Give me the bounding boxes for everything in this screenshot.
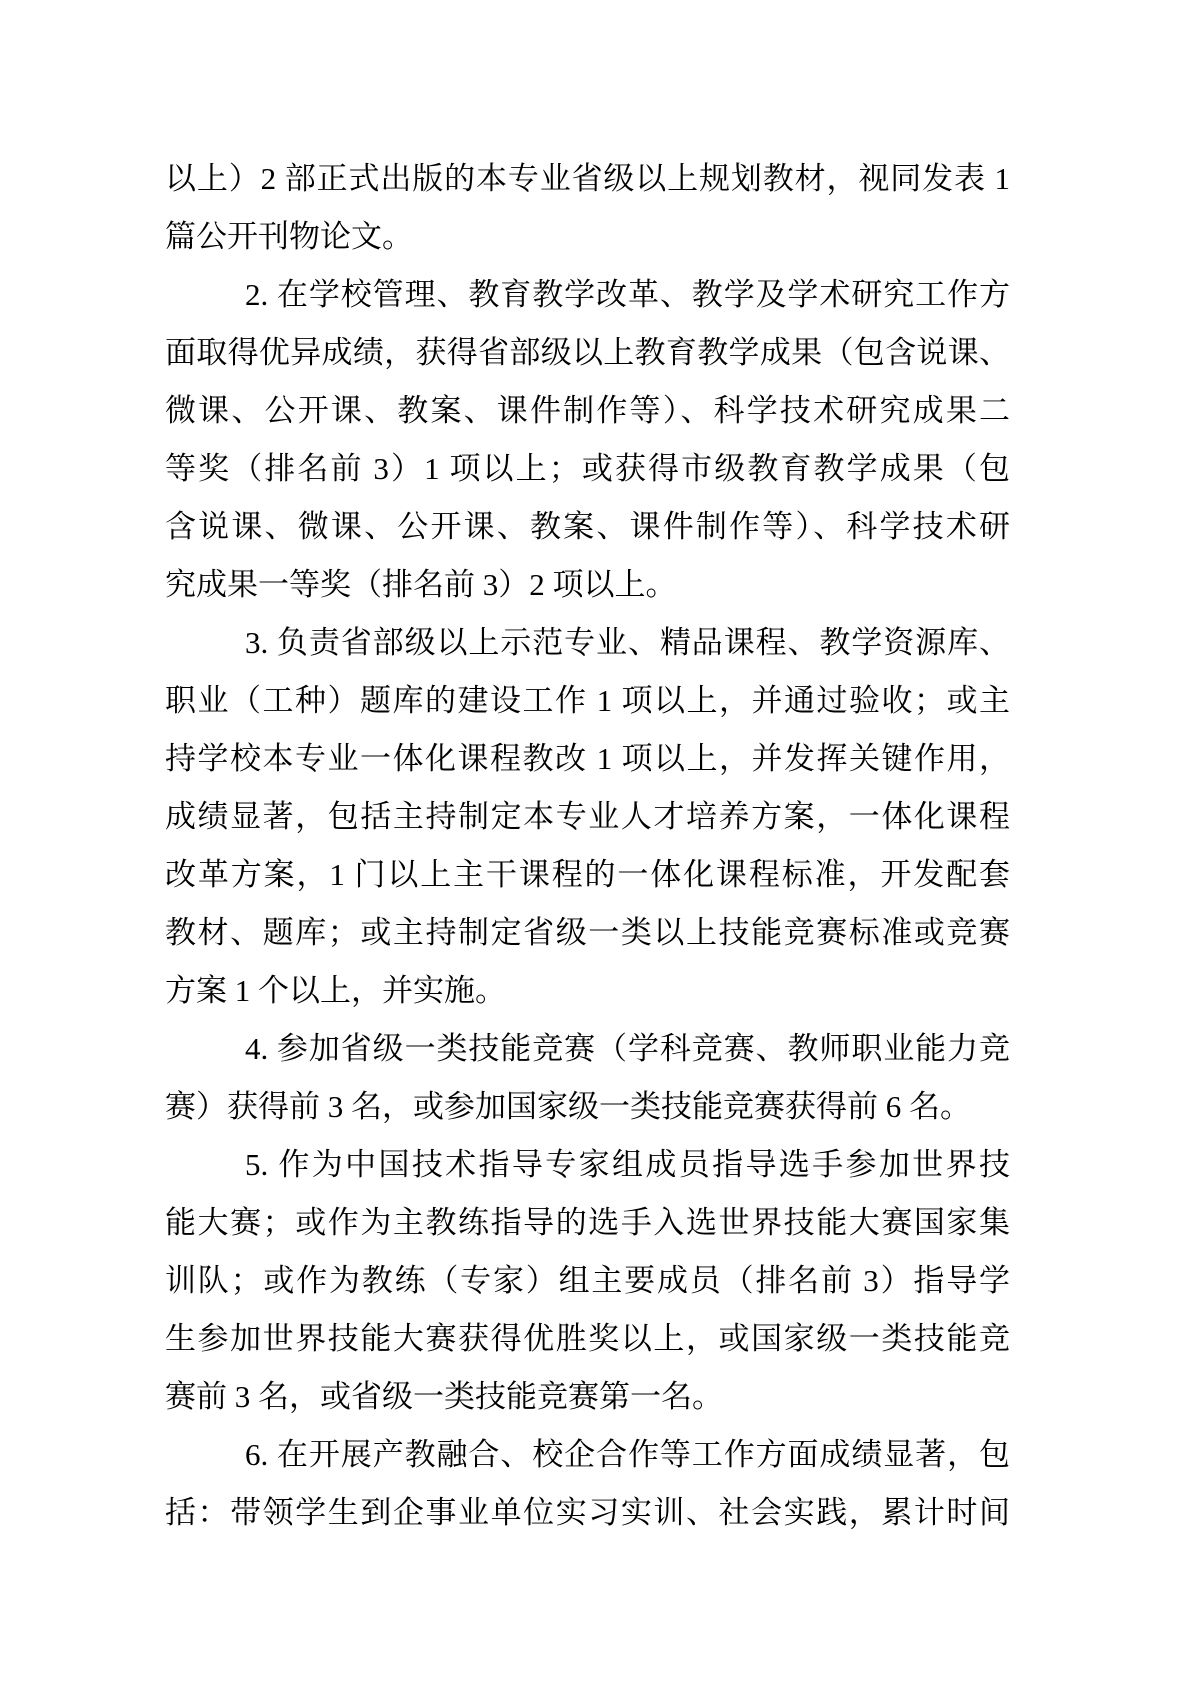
document-page: 以上）2 部正式出版的本专业省级以上规划教材，视同发表 1 篇公开刊物论文。 2… [0, 0, 1191, 1684]
text-line: 2. 在学校管理、教育教学改革、教学及学术研究工作方 [165, 266, 1010, 324]
text-line: 职业（工种）题库的建设工作 1 项以上，并通过验收；或主 [165, 672, 1010, 730]
text-line: 生参加世界技能大赛获得优胜奖以上，或国家级一类技能竞 [165, 1310, 1010, 1368]
text-line: 赛）获得前 3 名，或参加国家级一类技能竞赛获得前 6 名。 [165, 1078, 1010, 1136]
text-line: 含说课、微课、公开课、教案、课件制作等）、科学技术研 [165, 498, 1010, 556]
text-line: 面取得优异成绩，获得省部级以上教育教学成果（包含说课、 [165, 324, 1010, 382]
text-line: 括：带领学生到企事业单位实习实训、社会实践，累计时间 [165, 1484, 1010, 1542]
text-line: 以上）2 部正式出版的本专业省级以上规划教材，视同发表 1 [165, 150, 1010, 208]
text-line: 持学校本专业一体化课程教改 1 项以上，并发挥关键作用， [165, 730, 1010, 788]
text-line: 篇公开刊物论文。 [165, 208, 1010, 266]
text-line: 5. 作为中国技术指导专家组成员指导选手参加世界技 [165, 1136, 1010, 1194]
text-line: 4. 参加省级一类技能竞赛（学科竞赛、教师职业能力竞 [165, 1020, 1010, 1078]
text-line: 教材、题库；或主持制定省级一类以上技能竞赛标准或竞赛 [165, 904, 1010, 962]
text-line: 改革方案，1 门以上主干课程的一体化课程标准，开发配套 [165, 846, 1010, 904]
text-line: 赛前 3 名，或省级一类技能竞赛第一名。 [165, 1368, 1010, 1426]
text-line: 微课、公开课、教案、课件制作等）、科学技术研究成果二 [165, 382, 1010, 440]
text-line: 成绩显著，包括主持制定本专业人才培养方案，一体化课程 [165, 788, 1010, 846]
text-line: 方案 1 个以上，并实施。 [165, 962, 1010, 1020]
text-block: 以上）2 部正式出版的本专业省级以上规划教材，视同发表 1 篇公开刊物论文。 2… [165, 150, 1010, 1542]
text-line: 等奖（排名前 3）1 项以上；或获得市级教育教学成果（包 [165, 440, 1010, 498]
text-line: 6. 在开展产教融合、校企合作等工作方面成绩显著，包 [165, 1426, 1010, 1484]
text-line: 训队；或作为教练（专家）组主要成员（排名前 3）指导学 [165, 1252, 1010, 1310]
text-line: 究成果一等奖（排名前 3）2 项以上。 [165, 556, 1010, 614]
text-line: 3. 负责省部级以上示范专业、精品课程、教学资源库、 [165, 614, 1010, 672]
text-line: 能大赛；或作为主教练指导的选手入选世界技能大赛国家集 [165, 1194, 1010, 1252]
